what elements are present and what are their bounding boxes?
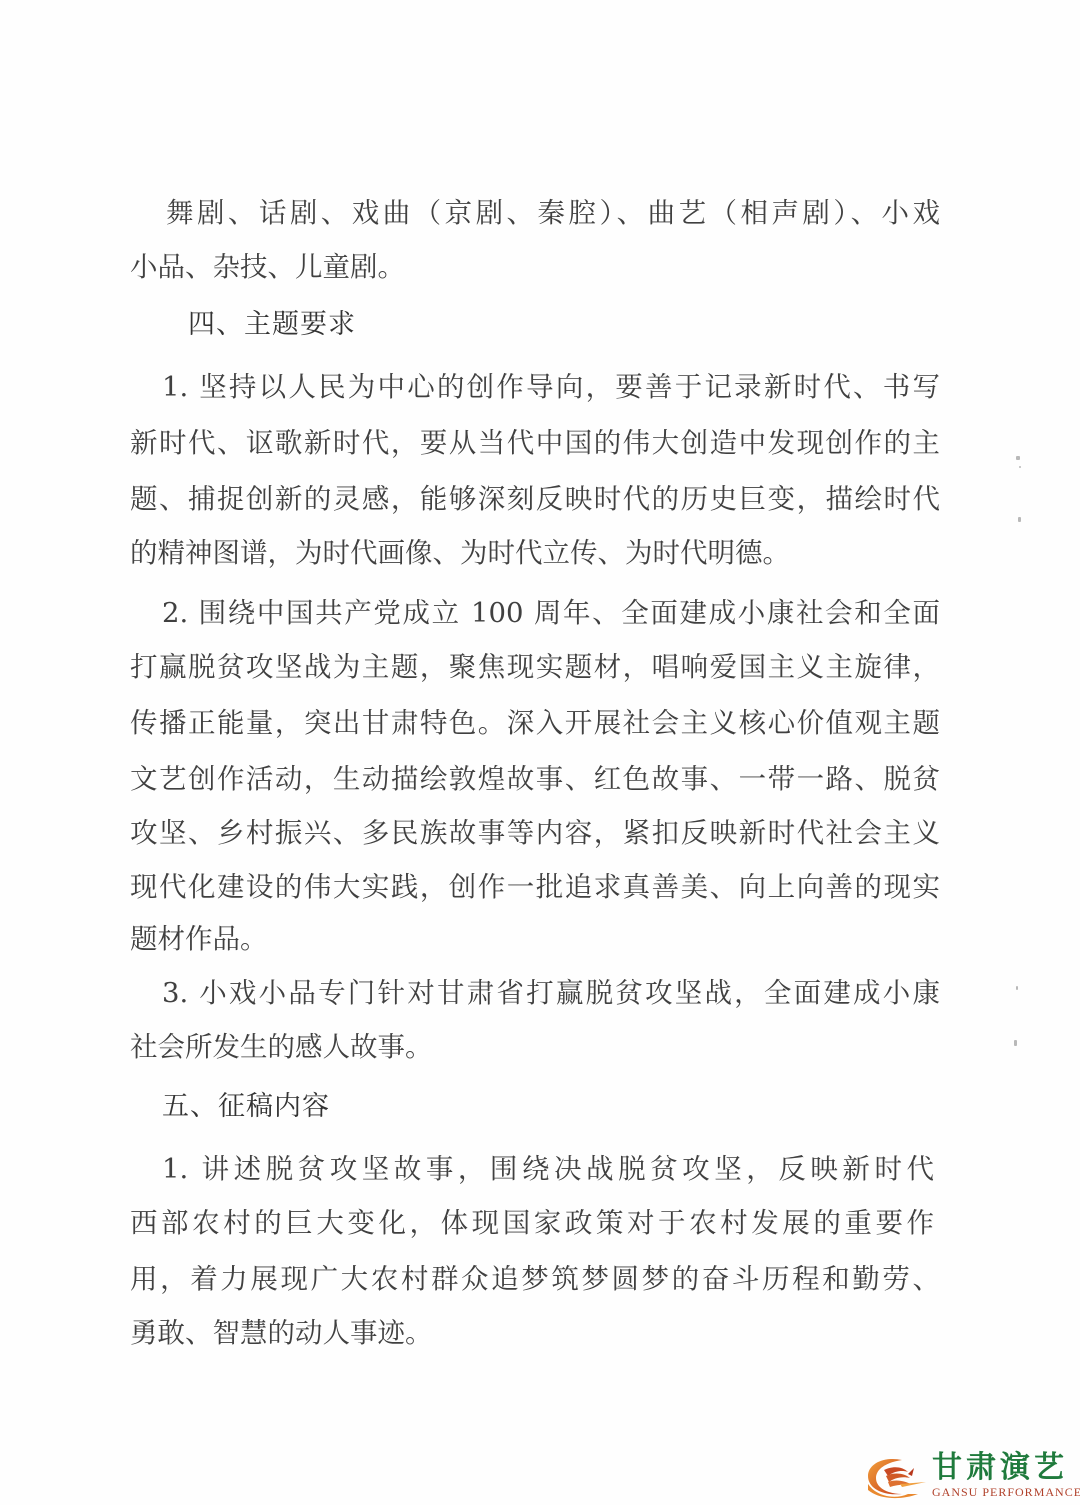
- document-page: 舞剧、话剧、戏曲（京剧、秦腔）、曲艺（相声剧）、小戏 小品、杂技、儿童剧。 四、…: [0, 0, 1080, 1505]
- paragraph-line: 小品、杂技、儿童剧。: [130, 250, 940, 284]
- section-heading-theme-requirements: 四、主题要求: [188, 308, 356, 342]
- paragraph-line: 的精神图谱，为时代画像、为时代立传、为时代明德。: [130, 536, 940, 570]
- paragraph-line: 新时代、讴歌新时代，要从当代中国的伟大创造中发现创作的主: [130, 426, 940, 460]
- scan-speck: [1014, 1040, 1017, 1046]
- scan-speck: [1016, 456, 1020, 460]
- paragraph-line: 3. 小戏小品专门针对甘肃省打赢脱贫攻坚战，全面建成小康: [162, 976, 940, 1010]
- gansu-performance-watermark: 甘肃演艺 GANSU PERFORMANCE: [862, 1452, 1072, 1502]
- section-heading-submission-content: 五、征稿内容: [162, 1090, 330, 1124]
- paragraph-line: 舞剧、话剧、戏曲（京剧、秦腔）、曲艺（相声剧）、小戏: [166, 196, 940, 230]
- scan-speck: [1016, 986, 1018, 990]
- scan-speck: [1018, 517, 1021, 522]
- scan-speck: [1019, 466, 1021, 468]
- paragraph-line: 传播正能量，突出甘肃特色。深入开展社会主义核心价值观主题: [130, 706, 940, 740]
- paragraph-line: 勇敢、智慧的动人事迹。: [130, 1316, 940, 1350]
- logo-english-name: GANSU PERFORMANCE: [932, 1485, 1080, 1499]
- paragraph-line: 1. 坚持以人民为中心的创作导向，要善于记录新时代、书写: [162, 370, 940, 404]
- paragraph-line: 现代化建设的伟大实践，创作一批追求真善美、向上向善的现实: [130, 870, 940, 904]
- paragraph-line: 社会所发生的感人故事。: [130, 1030, 940, 1064]
- paragraph-line: 西部农村的巨大变化，体现国家政策对于农村发展的重要作: [130, 1206, 934, 1240]
- logo-chinese-name: 甘肃演艺: [932, 1452, 1068, 1484]
- paragraph-line: 用，着力展现广大农村群众追梦筑梦圆梦的奋斗历程和勤劳、: [130, 1262, 940, 1296]
- paragraph-line: 1. 讲述脱贫攻坚故事，围绕决战脱贫攻坚，反映新时代: [162, 1152, 934, 1186]
- gansu-performance-logo-icon: [862, 1454, 928, 1500]
- paragraph-line: 攻坚、乡村振兴、多民族故事等内容，紧扣反映新时代社会主义: [130, 816, 940, 850]
- paragraph-line: 题、捕捉创新的灵感，能够深刻反映时代的历史巨变，描绘时代: [130, 482, 940, 516]
- paragraph-line: 题材作品。: [130, 922, 940, 956]
- paragraph-line: 2. 围绕中国共产党成立 100 周年、全面建成小康社会和全面: [162, 596, 940, 630]
- paragraph-line: 打赢脱贫攻坚战为主题，聚焦现实题材，唱响爱国主义主旋律，: [130, 650, 940, 684]
- paragraph-line: 文艺创作活动，生动描绘敦煌故事、红色故事、一带一路、脱贫: [130, 762, 940, 796]
